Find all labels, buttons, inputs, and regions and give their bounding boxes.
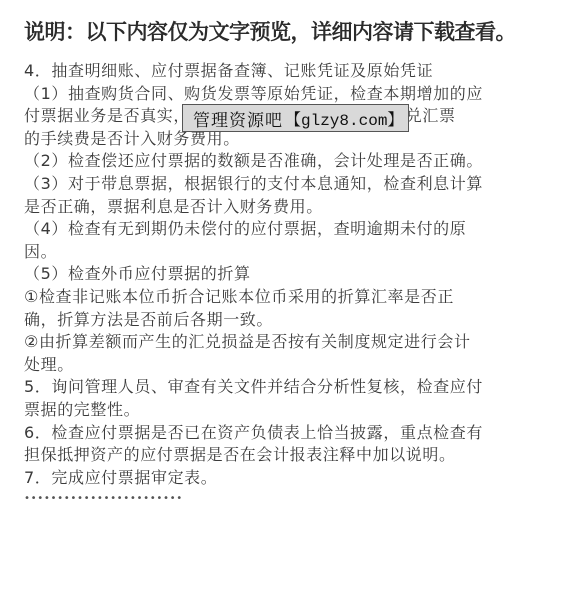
paragraph-line: 处理。 <box>24 354 554 377</box>
section-7: 7．完成应付票据审定表。 <box>24 467 554 490</box>
paragraph-line: （5）检查外币应付票据的折算 <box>24 263 554 286</box>
paragraph-line: 票据的完整性。 <box>24 399 554 422</box>
paragraph-line: 因。 <box>24 241 554 264</box>
ellipsis-dots: •••••••••••••••••••••••• <box>24 491 554 507</box>
section-5: 5．询问管理人员、审查有关文件并结合分析性复核，检查应付 <box>24 376 554 399</box>
watermark-url: 【glzy8.com】 <box>285 107 403 130</box>
paragraph-line: 担保抵押资产的应付票据是否在会计报表注释中加以说明。 <box>24 444 554 467</box>
paragraph-line: （3）对于带息票据，根据银行的支付本息通知，检查利息计算 <box>24 173 554 196</box>
preview-notice: 说明：以下内容仅为文字预览，详细内容请下载查看。 <box>24 16 516 48</box>
watermark-text: 管理资源吧 <box>193 106 283 131</box>
watermark-banner: 管理资源吧 【glzy8.com】 <box>182 104 409 132</box>
paragraph-line: ②由折算差额而产生的汇兑损益是否按有关制度规定进行会计 <box>24 331 554 354</box>
paragraph-line: 是否正确，票据利息是否计入财务费用。 <box>24 196 554 219</box>
paragraph-line: （1）抽查购货合同、购货发票等原始凭证，检查本期增加的应 <box>24 83 554 106</box>
section-4-heading: 4．抽查明细账、应付票据备查簿、记账凭证及原始凭证 <box>24 60 554 83</box>
paragraph-line: 确，折算方法是否前后各期一致。 <box>24 309 554 332</box>
paragraph-line: （2）检查偿还应付票据的数额是否准确，会计处理是否正确。 <box>24 150 554 173</box>
paragraph-line: （4）检查有无到期仍未偿付的应付票据，查明逾期未付的原 <box>24 218 554 241</box>
section-6: 6．检查应付票据是否已在资产负债表上恰当披露，重点检查有 <box>24 422 554 445</box>
paragraph-line: ①检查非记账本位币折合记账本位币采用的折算汇率是否正 <box>24 286 554 309</box>
